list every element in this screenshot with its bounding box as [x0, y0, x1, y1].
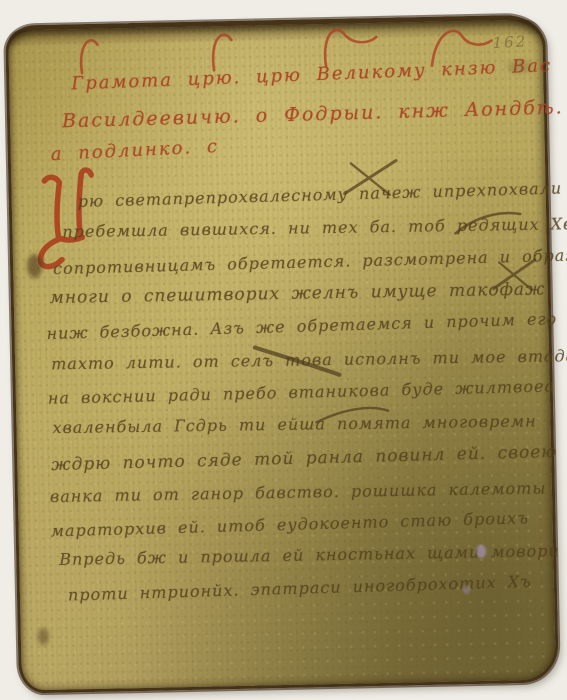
body-line: Впредь бж и прошла ей кностьнах щами мов…: [59, 541, 560, 569]
edge-stain: [38, 628, 49, 645]
body-line: пребемшла вившихся. ни тех ба. тоб редящ…: [62, 214, 567, 241]
body-line: рю светапрепрохвалесному пачеж ипрехпохв…: [78, 178, 563, 211]
heading-line: а подлинко. с: [50, 136, 219, 165]
body-line: ванка ти от ганор бавство. рошишка калем…: [50, 478, 547, 506]
folio-number: 162: [492, 32, 528, 52]
body-line: проти нтрионйх. эпатраси иногоброхотих Х…: [68, 572, 532, 605]
body-line: многи о спешитворих желнъ имуще такофаж: [50, 279, 546, 308]
heading-line: Грамота црю. црю Великому кнзю Вас: [71, 55, 553, 94]
body-line: тахто лити. от селъ това исполнъ ти мое …: [51, 346, 567, 374]
body-line: сопротивницамъ обретается. разсмотрена и…: [53, 245, 567, 278]
body-line: ждрю почто сяде той ранла повинл ей. сво…: [51, 442, 557, 475]
manuscript-page: 162 Грамота црю. црю Великому кнзю Вас В…: [5, 14, 559, 693]
body-line: ниж безбожна. Азъ же обретаемся и прочим…: [46, 309, 557, 343]
heading-line: Василдеевичю. о Фодрыи. кнж Аондбѣ.: [62, 96, 564, 132]
body-line: хваленбыла Гсдрь ти ейша помята многовре…: [52, 411, 536, 437]
body-line: мараторхив ей. итоб еудокоенто стаю брои…: [50, 508, 529, 540]
body-line: на вокснии ради пребо втаникова буде жил…: [48, 376, 556, 407]
photo-background: 162 Грамота црю. црю Великому кнзю Вас В…: [0, 0, 567, 700]
